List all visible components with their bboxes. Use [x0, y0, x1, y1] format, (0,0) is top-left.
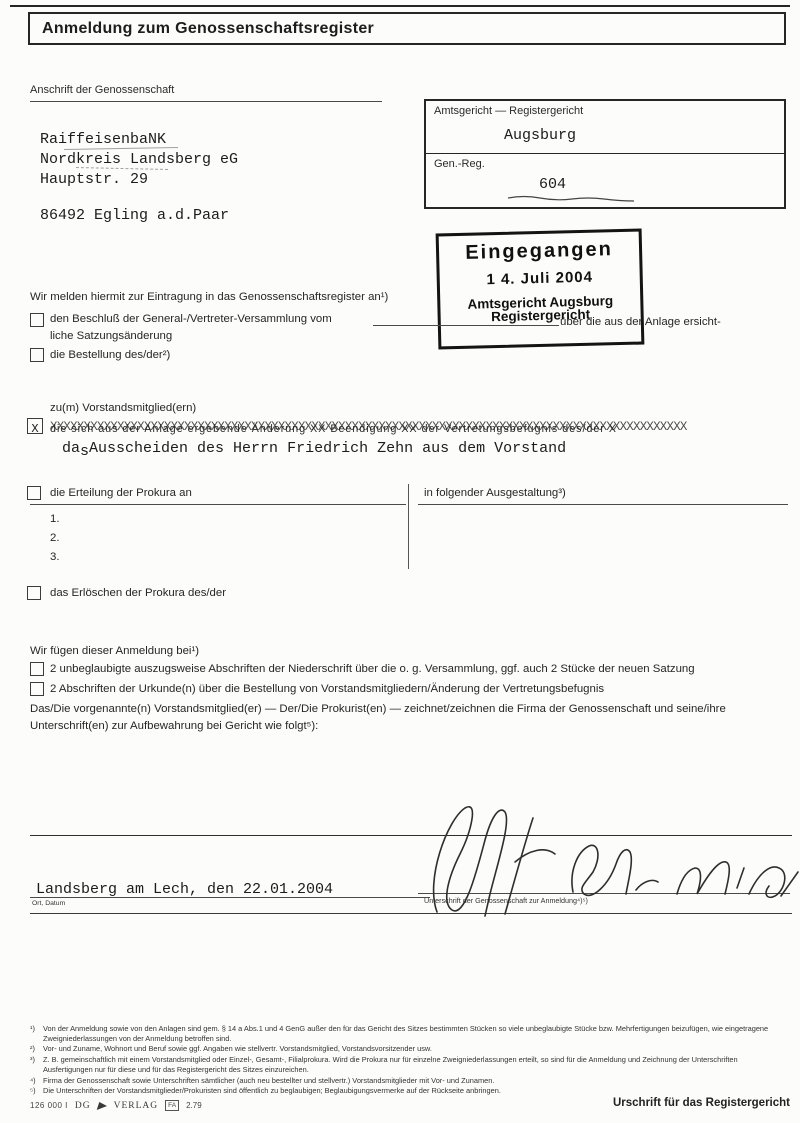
footnote-2-marker: ²): [30, 1044, 43, 1054]
footer-left: 126 000 I DG VERLAG FA 2.79: [30, 1100, 202, 1111]
footnotes: ¹) Von der Anmeldung sowie von den Anlag…: [30, 1024, 782, 1097]
anschrift-line2: Nordkreis Landsberg eG: [40, 150, 238, 170]
footnote-5-text: Die Unterschriften der Vorstandsmitglied…: [43, 1086, 501, 1096]
anschrift-line3: Hauptstr. 29: [40, 170, 148, 190]
struck-form-text: die sich aus der Anlage ergebende Änderu…: [50, 419, 696, 436]
checkbox-bestellung[interactable]: [30, 348, 44, 362]
checkbox-prokura-erteilung[interactable]: [27, 486, 41, 500]
prokura-erteilung-text: die Erteilung der Prokura an: [50, 487, 192, 499]
item-beschluss-text-line2: liche Satzungsänderung: [50, 330, 172, 342]
title-box: Anmeldung zum Genossenschaftsregister: [28, 12, 786, 45]
reg-number-underline: [506, 195, 636, 203]
top-border-line: [10, 5, 790, 7]
anschrift-label: Anschrift der Genossenschaft: [30, 84, 174, 96]
footnote-2-text: Vor- und Zuname, Wohnort und Beruf sowie…: [43, 1044, 432, 1054]
closing-paragraph: Das/Die vorgenannte(n) Vorstandsmitglied…: [30, 701, 772, 734]
vorstand-label: zu(m) Vorstandsmitglied(ern): [50, 402, 196, 414]
item-bestellung-text: die Bestellung des/der²): [50, 349, 170, 361]
footnote-4-marker: ⁴): [30, 1076, 43, 1086]
prokura-row-1: 1.: [50, 513, 60, 525]
publisher-verlag: VERLAG: [114, 1101, 159, 1111]
prokura-row-2: 2.: [50, 532, 60, 544]
footnote-1-text: Von der Anmeldung sowie von den Anlagen …: [43, 1024, 782, 1043]
dg-verlag-logo-icon: [96, 1102, 108, 1110]
received-stamp: Eingegangen 1 4. Juli 2004 Amtsgericht A…: [436, 229, 645, 350]
footer-right: Urschrift für das Registergericht: [613, 1097, 790, 1109]
page-title: Anmeldung zum Genossenschaftsregister: [42, 20, 784, 38]
footnote-4-text: Firma der Genossenschaft sowie Unterschr…: [43, 1076, 494, 1086]
footnote-3-marker: ³): [30, 1055, 43, 1074]
anschrift-underline: [30, 101, 382, 102]
prokura-ausgestaltung-fill-line[interactable]: [418, 504, 788, 505]
typed-entry-part2: s: [80, 443, 89, 460]
prokura-column-divider: [408, 484, 409, 569]
typed-entry: dasAusscheiden des Herrn Friedrich Zehn …: [62, 440, 566, 457]
footnote-2: ²) Vor- und Zuname, Wohnort und Beruf so…: [30, 1044, 782, 1054]
stamp-line1: Eingegangen: [439, 238, 640, 266]
checkbox-prokura-erloeschen[interactable]: [27, 586, 41, 600]
court-box-divider: [426, 153, 784, 154]
signature-handwriting: [405, 800, 800, 922]
footnote-1: ¹) Von der Anmeldung sowie von den Anlag…: [30, 1024, 782, 1043]
footnote-5-marker: ⁵): [30, 1086, 43, 1096]
footnote-5: ⁵) Die Unterschriften der Vorstandsmitgl…: [30, 1086, 782, 1096]
fa-badge: FA: [165, 1100, 179, 1111]
prokura-erloeschen-text: das Erlöschen der Prokura des/der: [50, 587, 226, 599]
prokura-ausgestaltung-label: in folgender Ausgestaltung³): [424, 487, 566, 499]
ort-datum-value[interactable]: Landsberg am Lech, den 22.01.2004: [36, 881, 333, 898]
declaration-intro: Wir melden hiermit zur Eintragung in das…: [30, 291, 388, 303]
court-box: Amtsgericht — Registergericht Augsburg G…: [424, 99, 786, 209]
checkbox-attachment-2[interactable]: [30, 682, 44, 696]
typed-entry-part1: da: [62, 440, 80, 457]
form-page: Anmeldung zum Genossenschaftsregister An…: [0, 0, 800, 1123]
typed-entry-part3: Ausscheiden des Herrn Friedrich Zehn aus…: [89, 440, 566, 457]
form-number: 126 000 I: [30, 1101, 68, 1110]
item-beschluss-text-cont: über die aus der Anlage ersicht-: [560, 316, 721, 328]
attachment-2-text: 2 Abschriften der Urkunde(n) über die Be…: [50, 683, 604, 695]
attachments-intro: Wir fügen dieser Anmeldung bei¹): [30, 645, 199, 657]
footnote-3: ³) Z. B. gemeinschaftlich mit einem Vors…: [30, 1055, 782, 1074]
court-label: Amtsgericht — Registergericht: [434, 105, 784, 117]
footnote-1-marker: ¹): [30, 1024, 43, 1043]
footnote-4: ⁴) Firma der Genossenschaft sowie Unters…: [30, 1076, 782, 1086]
checkbox-attachment-1[interactable]: [30, 662, 44, 676]
attachment-1-text: 2 unbeglaubigte auszugsweise Abschriften…: [50, 663, 695, 675]
ort-datum-line[interactable]: [30, 897, 430, 898]
stamp-date: 1 4. Juli 2004: [440, 268, 640, 290]
checkbox-aenderung[interactable]: X: [27, 418, 43, 434]
checkbox-beschluss[interactable]: [30, 313, 44, 327]
form-version: 2.79: [186, 1101, 202, 1110]
prokura-name-fill-line[interactable]: [30, 504, 406, 505]
publisher-dg: DG: [75, 1101, 91, 1111]
anschrift-line4: 86492 Egling a.d.Paar: [40, 206, 229, 226]
checkbox-aenderung-mark: X: [31, 422, 38, 436]
prokura-row-3: 3.: [50, 551, 60, 563]
court-value[interactable]: Augsburg: [504, 127, 576, 144]
beschluss-date-fill-line[interactable]: [373, 325, 559, 326]
item-beschluss-text: den Beschluß der General-/Vertreter-Vers…: [50, 313, 332, 325]
struck-form-text-overlay: XXXXXXXXXXXXXXXXXXXXXXXXXXXXXXXXXXXXXXXX…: [50, 420, 687, 434]
ort-datum-label: Ort, Datum: [32, 900, 65, 907]
reg-label: Gen.-Reg.: [434, 158, 485, 170]
reg-value[interactable]: 604: [539, 176, 566, 193]
footnote-3-text: Z. B. gemeinschaftlich mit einem Vorstan…: [43, 1055, 782, 1074]
